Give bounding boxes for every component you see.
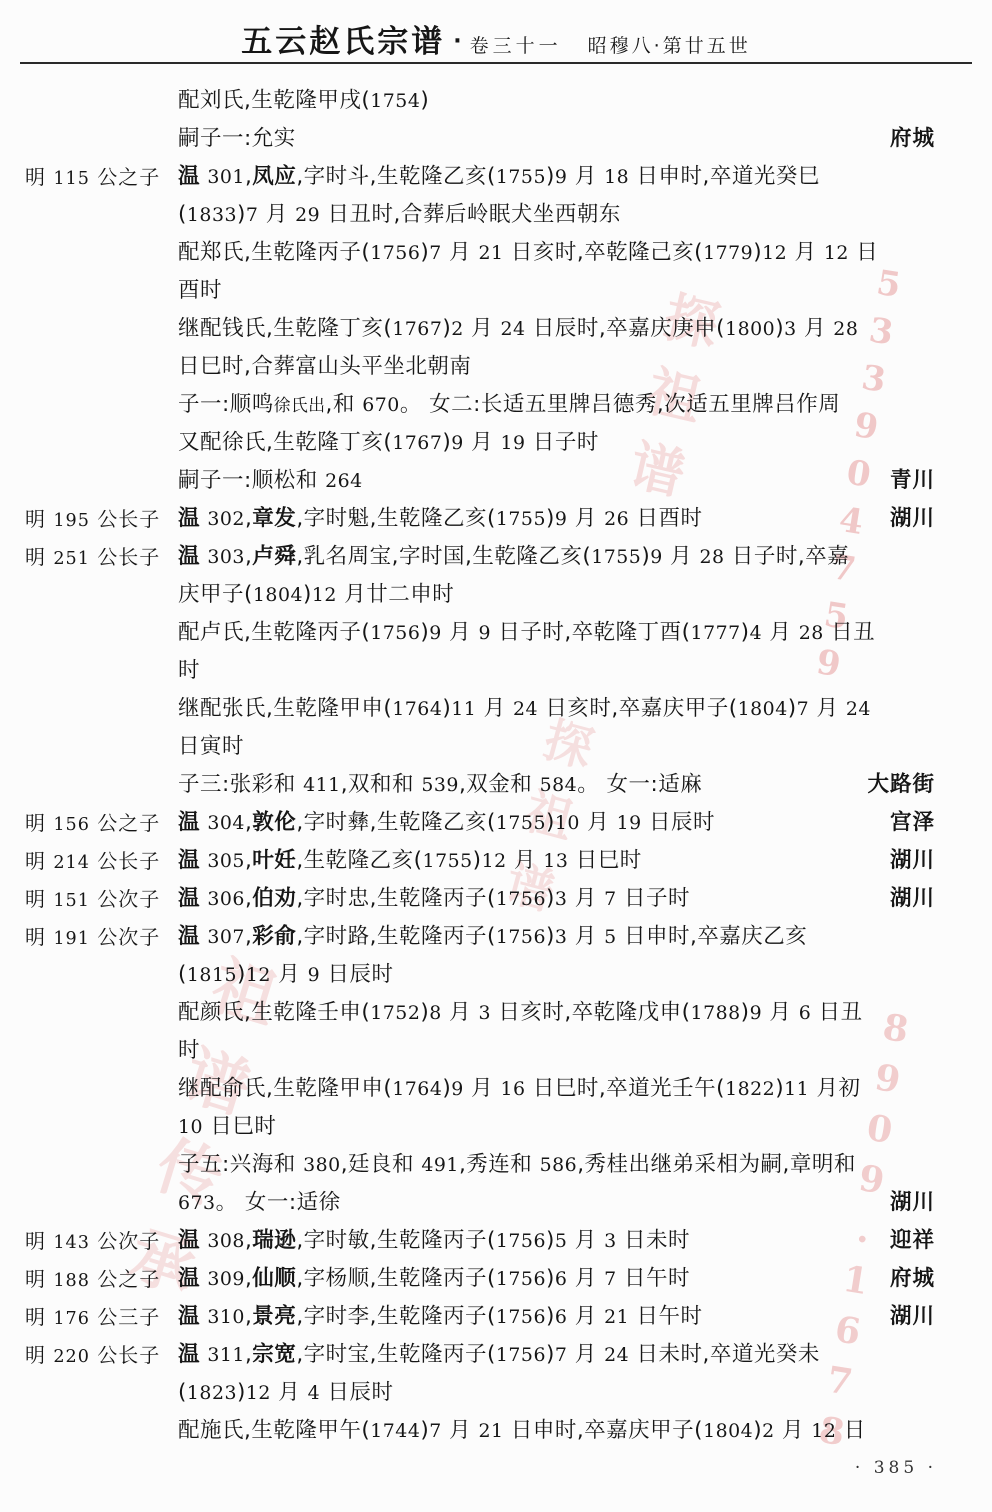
- numeral: 584: [540, 774, 578, 796]
- numeral: 7: [604, 888, 617, 910]
- entry-segment: ,字时李,生乾隆丙子(1756)6 月 21 日午时: [296, 1304, 702, 1329]
- entry-segment: 嗣子一:顺松和 264: [178, 468, 363, 493]
- numeral: 264: [325, 470, 363, 492]
- numeral: 176: [53, 1309, 90, 1329]
- numeral: 3: [555, 926, 568, 948]
- entry-text: 子一:顺鸣徐氏出,和 670。 女二:长适五里牌吕德秀,次适五里牌吕作周: [178, 386, 992, 424]
- generation-ref-label: 明 191 公次子: [0, 918, 178, 956]
- numeral: 6: [555, 1268, 568, 1290]
- entry-segment: 庆甲子(1804)12 月廿二申时: [178, 582, 454, 607]
- numeral: 24: [604, 1344, 629, 1366]
- numeral: 12: [811, 1420, 836, 1442]
- entry-segment: ,字时宝,生乾隆丙子(1756)7 月 24 日未时,卒道光癸未: [296, 1342, 820, 1367]
- generation-ref-label: 明 214 公长子: [0, 842, 178, 880]
- genealogy-line: 明 176 公三子温 310,景亮,字时李,生乾隆丙子(1756)6 月 21 …: [0, 1298, 992, 1336]
- numeral: 309: [207, 1268, 245, 1290]
- entry-text: 温 311,宗宽,字时宝,生乾隆丙子(1756)7 月 24 日未时,卒道光癸未: [178, 1336, 992, 1374]
- numeral: 5: [555, 1230, 568, 1252]
- genealogy-line: 明 191 公次子温 307,彩俞,字时路,生乾隆丙子(1756)3 月 5 日…: [0, 918, 992, 956]
- genealogy-line: 配刘氏,生乾隆甲戌(1754): [0, 82, 992, 120]
- numeral: 1756: [496, 1230, 546, 1252]
- genealogy-line: 子五:兴海和 380,廷良和 491,秀连和 586,秀桂出继弟采相为嗣,章明和: [0, 1146, 992, 1184]
- numeral: 7: [429, 242, 442, 264]
- entry-text: 嗣子一:顺松和 264: [178, 462, 992, 500]
- generation-ref-label: [0, 1412, 178, 1450]
- numeral: 1752: [370, 1002, 420, 1024]
- genealogy-line: (1823)12 月 4 日辰时: [0, 1374, 992, 1412]
- numeral: 19: [617, 812, 642, 834]
- numeral: 1756: [370, 622, 420, 644]
- numeral: 3: [784, 318, 797, 340]
- person-name: 伯劝: [252, 886, 296, 911]
- genealogy-line: 明 195 公长子温 302,章发,字时魁,生乾隆乙亥(1755)9 月 26 …: [0, 500, 992, 538]
- genealogy-line: 日寅时: [0, 728, 992, 766]
- numeral: 7: [246, 204, 259, 226]
- numeral: 1756: [496, 1344, 546, 1366]
- entry-segment: 305,: [200, 848, 252, 873]
- numeral: 1755: [496, 508, 546, 530]
- numeral: 1779: [703, 242, 753, 264]
- residence-place: 湖川: [890, 1184, 935, 1222]
- entry-segment: 日寅时: [178, 734, 244, 759]
- numeral: 1767: [392, 318, 442, 340]
- generation-ref-label: [0, 234, 178, 272]
- numeral: 9: [650, 546, 663, 568]
- numeral: 12: [482, 850, 507, 872]
- numeral: 143: [53, 1233, 90, 1253]
- numeral: 310: [207, 1306, 245, 1328]
- numeral: 115: [53, 169, 90, 189]
- generation-ref-label: [0, 386, 178, 424]
- numeral: 7: [555, 1344, 568, 1366]
- generation-ref-label: 明 156 公之子: [0, 804, 178, 842]
- entry-text: 又配徐氏,生乾隆丁亥(1767)9 月 19 日子时: [178, 424, 992, 462]
- genealogy-line: (1815)12 月 9 日辰时: [0, 956, 992, 994]
- numeral: 24: [513, 698, 538, 720]
- entry-text: 配刘氏,生乾隆甲戌(1754): [178, 82, 992, 120]
- generation-ref-label: 明 188 公之子: [0, 1260, 178, 1298]
- numeral: 21: [604, 1306, 629, 1328]
- entry-text: (1833)7 月 29 日丑时,合葬后岭眠犬坐西朝东: [178, 196, 992, 234]
- entry-segment: 673。 女一:适徐: [178, 1190, 341, 1215]
- entry-segment: 子五:兴海和 380,廷良和 491,秀连和 586,秀桂出继弟采相为嗣,章明和: [178, 1152, 856, 1177]
- entry-text: 时: [178, 652, 992, 690]
- person-name: 温: [178, 1266, 200, 1291]
- generation-ref-label: [0, 348, 178, 386]
- person-name: 温: [178, 924, 200, 949]
- person-name: 宗宽: [252, 1342, 296, 1367]
- residence-place: 府城: [890, 1260, 935, 1298]
- genealogy-line: 时: [0, 1032, 992, 1070]
- entry-text: 温 307,彩俞,字时路,生乾隆丙子(1756)3 月 5 日申时,卒嘉庆乙亥: [178, 918, 992, 956]
- numeral: 12: [762, 242, 787, 264]
- residence-place: 湖川: [890, 500, 935, 538]
- entry-text: 温 304,敦伦,字时彝,生乾隆乙亥(1755)10 月 19 日辰时: [178, 804, 992, 842]
- numeral: 1756: [496, 1306, 546, 1328]
- residence-place: 大路街: [867, 766, 935, 804]
- person-name: 温: [178, 506, 200, 531]
- generation-ref-label: [0, 1070, 178, 1108]
- entry-segment: (1833)7 月 29 日丑时,合葬后岭眠犬坐西朝东: [178, 202, 621, 227]
- person-name: 章发: [252, 506, 296, 531]
- genealogy-line: 配卢氏,生乾隆丙子(1756)9 月 9 日子时,卒乾隆丁酉(1777)4 月 …: [0, 614, 992, 652]
- entry-segment: 徐氏出: [274, 395, 326, 415]
- genealogy-line: 配施氏,生乾隆甲午(1744)7 月 21 日申时,卒嘉庆甲子(1804)2 月…: [0, 1412, 992, 1450]
- numeral: 1764: [392, 698, 442, 720]
- numeral: 1755: [496, 166, 546, 188]
- entry-segment: 配刘氏,生乾隆甲戌(1754): [178, 88, 429, 113]
- numeral: 9: [429, 622, 442, 644]
- numeral: 11: [784, 1078, 809, 1100]
- entry-segment: 302,: [200, 506, 252, 531]
- entry-text: 酉时: [178, 272, 992, 310]
- genealogy-line: 明 156 公之子温 304,敦伦,字时彝,生乾隆乙亥(1755)10 月 19…: [0, 804, 992, 842]
- genealogy-line: 明 214 公长子温 305,叶妊,生乾隆乙亥(1755)12 月 13 日巳时…: [0, 842, 992, 880]
- generation-ref-label: [0, 652, 178, 690]
- numeral: 411: [303, 774, 341, 796]
- numeral: 28: [699, 546, 724, 568]
- numeral: 305: [207, 850, 245, 872]
- entry-segment: ,字时彝,生乾隆乙亥(1755)10 月 19 日辰时: [296, 810, 715, 835]
- entry-segment: 继配张氏,生乾隆甲申(1764)11 月 24 日亥时,卒嘉庆甲子(1804)7…: [178, 696, 871, 721]
- residence-place: 湖川: [890, 842, 935, 880]
- genealogy-line: 嗣子一:顺松和 264青川: [0, 462, 992, 500]
- entry-segment: ,生乾隆乙亥(1755)12 月 13 日巳时: [296, 848, 641, 873]
- generation-ref-label: [0, 1146, 178, 1184]
- numeral: 7: [797, 698, 810, 720]
- numeral: 302: [207, 508, 245, 530]
- person-name: 叶妊: [252, 848, 296, 873]
- entry-text: 673。 女一:适徐: [178, 1184, 992, 1222]
- entry-segment: 308,: [200, 1228, 252, 1253]
- person-name: 温: [178, 164, 200, 189]
- person-name: 温: [178, 848, 200, 873]
- title-separator-dot: ·: [453, 29, 461, 54]
- generation-ref-label: 明 176 公三子: [0, 1298, 178, 1336]
- entry-text: 庆甲子(1804)12 月廿二申时: [178, 576, 992, 614]
- numeral: 1764: [392, 1078, 442, 1100]
- numeral: 3: [604, 1230, 617, 1252]
- entry-segment: 309,: [200, 1266, 252, 1291]
- entry-text: 温 306,伯劝,字时忠,生乾隆丙子(1756)3 月 7 日子时: [178, 880, 992, 918]
- person-name: 景亮: [252, 1304, 296, 1329]
- numeral: 1800: [725, 318, 775, 340]
- numeral: 1755: [496, 812, 546, 834]
- residence-place: 湖川: [890, 880, 935, 918]
- numeral: 21: [478, 242, 503, 264]
- numeral: 10: [555, 812, 580, 834]
- entry-text: (1823)12 月 4 日辰时: [178, 1374, 992, 1412]
- numeral: 9: [451, 1078, 464, 1100]
- numeral: 214: [53, 853, 90, 873]
- genealogy-line: 嗣子一:允实府城: [0, 120, 992, 158]
- numeral: 188: [53, 1271, 90, 1291]
- numeral: 1767: [392, 432, 442, 454]
- numeral: 220: [53, 1347, 90, 1367]
- numeral: 301: [207, 166, 245, 188]
- residence-place: 湖川: [890, 1298, 935, 1336]
- page-number: · 385 ·: [855, 1458, 937, 1478]
- numeral: 9: [555, 166, 568, 188]
- numeral: 306: [207, 888, 245, 910]
- generation-ref-label: [0, 956, 178, 994]
- entry-segment: 时: [178, 658, 200, 683]
- numeral: 9: [750, 1002, 763, 1024]
- entry-segment: ,字时斗,生乾隆乙亥(1755)9 月 18 日申时,卒道光癸巳: [296, 164, 820, 189]
- residence-place: 迎祥: [890, 1222, 935, 1260]
- numeral: 2: [762, 1420, 775, 1442]
- entry-text: 温 308,瑞逊,字时敏,生乾隆丙子(1756)5 月 3 日未时: [178, 1222, 992, 1260]
- page-header: 五云赵氏宗谱·卷三十一昭穆八·第廿五世: [0, 16, 992, 61]
- numeral: 12: [246, 1382, 271, 1404]
- genealogy-line: 庆甲子(1804)12 月廿二申时: [0, 576, 992, 614]
- numeral: 380: [303, 1154, 341, 1176]
- numeral: 1823: [187, 1382, 237, 1404]
- generation-ref-label: [0, 1184, 178, 1222]
- residence-place: 青川: [890, 462, 935, 500]
- header-rule-divider: [20, 62, 972, 64]
- entry-segment: ,和 670。 女二:长适五里牌吕德秀,次适五里牌吕作周: [326, 392, 841, 417]
- generation-ref-label: [0, 120, 178, 158]
- generation-ref-label: 明 251 公长子: [0, 538, 178, 576]
- person-name: 仙顺: [252, 1266, 296, 1291]
- person-name: 温: [178, 1228, 200, 1253]
- numeral: 7: [429, 1420, 442, 1442]
- numeral: 1815: [187, 964, 237, 986]
- numeral: 4: [308, 1382, 321, 1404]
- numeral: 1804: [738, 698, 788, 720]
- genealogy-line: 配颜氏,生乾隆壬申(1752)8 月 3 日亥时,卒乾隆戊申(1788)9 月 …: [0, 994, 992, 1032]
- genealogy-line: 继配钱氏,生乾隆丁亥(1767)2 月 24 日辰时,卒嘉庆庚申(1800)3 …: [0, 310, 992, 348]
- generation-ref-label: 明 195 公长子: [0, 500, 178, 538]
- generation-ref-label: [0, 196, 178, 234]
- entry-text: 温 310,景亮,字时李,生乾隆丙子(1756)6 月 21 日午时: [178, 1298, 992, 1336]
- genealogy-line: 配郑氏,生乾隆丙子(1756)7 月 21 日亥时,卒乾隆己亥(1779)12 …: [0, 234, 992, 272]
- numeral: 1804: [253, 584, 303, 606]
- entry-text: 继配钱氏,生乾隆丁亥(1767)2 月 24 日辰时,卒嘉庆庚申(1800)3 …: [178, 310, 992, 348]
- numeral: 5: [604, 926, 617, 948]
- entry-text: 配卢氏,生乾隆丙子(1756)9 月 9 日子时,卒乾隆丁酉(1777)4 月 …: [178, 614, 992, 652]
- numeral: 156: [53, 815, 90, 835]
- generation-ref-label: [0, 82, 178, 120]
- entry-text: 时: [178, 1032, 992, 1070]
- numeral: 195: [53, 511, 90, 531]
- generation-ref-label: [0, 576, 178, 614]
- residence-place: 宫泽: [890, 804, 935, 842]
- numeral: 1755: [423, 850, 473, 872]
- entry-segment: 303,: [200, 544, 252, 569]
- person-name: 温: [178, 544, 200, 569]
- genealogy-line: 酉时: [0, 272, 992, 310]
- entry-segment: 又配徐氏,生乾隆丁亥(1767)9 月 19 日子时: [178, 430, 599, 455]
- entry-text: 继配张氏,生乾隆甲申(1764)11 月 24 日亥时,卒嘉庆甲子(1804)7…: [178, 690, 992, 728]
- generation-ref-label: 明 220 公长子: [0, 1336, 178, 1374]
- entry-segment: ,字时路,生乾隆丙子(1756)3 月 5 日申时,卒嘉庆乙亥: [296, 924, 807, 949]
- genealogy-line: 时: [0, 652, 992, 690]
- numeral: 10: [178, 1116, 203, 1138]
- generation-ref-label: [0, 1374, 178, 1412]
- generation-ref-label: [0, 614, 178, 652]
- numeral: 11: [451, 698, 476, 720]
- numeral: 26: [604, 508, 629, 530]
- numeral: 670: [362, 394, 400, 416]
- entry-text: 温 303,卢舜,乳名周宝,字时国,生乾隆乙亥(1755)9 月 28 日子时,…: [178, 538, 992, 576]
- numeral: 28: [799, 622, 824, 644]
- genealogy-line: 日巳时,合葬富山头平坐北朝南: [0, 348, 992, 386]
- numeral: 1756: [496, 1268, 546, 1290]
- numeral: 9: [451, 432, 464, 454]
- genealogy-line: 明 220 公长子温 311,宗宽,字时宝,生乾隆丙子(1756)7 月 24 …: [0, 1336, 992, 1374]
- numeral: 307: [207, 926, 245, 948]
- numeral: 16: [500, 1078, 525, 1100]
- numeral: 12: [824, 242, 849, 264]
- person-name: 温: [178, 810, 200, 835]
- person-name: 凤应: [252, 164, 296, 189]
- numeral: 1755: [591, 546, 641, 568]
- entry-text: 继配俞氏,生乾隆甲申(1764)9 月 16 日巳时,卒道光壬午(1822)11…: [178, 1070, 992, 1108]
- numeral: 9: [555, 508, 568, 530]
- numeral: 9: [308, 964, 321, 986]
- numeral: 21: [478, 1420, 503, 1442]
- genealogy-line: 明 188 公之子温 309,仙顺,字杨顺,生乾隆丙子(1756)6 月 7 日…: [0, 1260, 992, 1298]
- entry-segment: ,乳名周宝,字时国,生乾隆乙亥(1755)9 月 28 日子时,卒嘉: [296, 544, 849, 569]
- generation-ref-label: [0, 1108, 178, 1146]
- genealogy-line: 明 115 公之子温 301,凤应,字时斗,生乾隆乙亥(1755)9 月 18 …: [0, 158, 992, 196]
- entry-segment: 嗣子一:允实: [178, 126, 296, 151]
- numeral: 1756: [496, 926, 546, 948]
- numeral: 251: [53, 549, 90, 569]
- entry-text: 配颜氏,生乾隆壬申(1752)8 月 3 日亥时,卒乾隆戊申(1788)9 月 …: [178, 994, 992, 1032]
- generation-ref-label: [0, 690, 178, 728]
- entry-segment: 日巳时,合葬富山头平坐北朝南: [178, 354, 471, 379]
- numeral: 3: [555, 888, 568, 910]
- entry-text: 10 日巳时: [178, 1108, 992, 1146]
- person-name: 温: [178, 1342, 200, 1367]
- entry-text: 温 302,章发,字时魁,生乾隆乙亥(1755)9 月 26 日酉时: [178, 500, 992, 538]
- section-label: 昭穆八·第廿五世: [588, 35, 751, 57]
- entry-segment: 继配俞氏,生乾隆甲申(1764)9 月 16 日巳时,卒道光壬午(1822)11…: [178, 1076, 861, 1101]
- numeral: 24: [500, 318, 525, 340]
- person-name: 彩俞: [252, 924, 296, 949]
- numeral: 491: [421, 1154, 459, 1176]
- numeral: 6: [799, 1002, 812, 1024]
- numeral: 9: [478, 622, 491, 644]
- generation-ref-label: [0, 994, 178, 1032]
- person-name: 温: [178, 1304, 200, 1329]
- generation-ref-label: [0, 1032, 178, 1070]
- numeral: 1804: [703, 1420, 753, 1442]
- entry-segment: ,字时敏,生乾隆丙子(1756)5 月 3 日未时: [296, 1228, 690, 1253]
- numeral: 1788: [691, 1002, 741, 1024]
- entry-text: 子五:兴海和 380,廷良和 491,秀连和 586,秀桂出继弟采相为嗣,章明和: [178, 1146, 992, 1184]
- numeral: 1833: [187, 204, 237, 226]
- entry-text: 日寅时: [178, 728, 992, 766]
- genealogy-line: 继配俞氏,生乾隆甲申(1764)9 月 16 日巳时,卒道光壬午(1822)11…: [0, 1070, 992, 1108]
- numeral: 8: [429, 1002, 442, 1024]
- person-name: 敦伦: [252, 810, 296, 835]
- numeral: 1777: [691, 622, 741, 644]
- numeral: 12: [312, 584, 337, 606]
- numeral: 3: [478, 1002, 491, 1024]
- genealogy-line: 10 日巳时: [0, 1108, 992, 1146]
- genealogy-entries: 配刘氏,生乾隆甲戌(1754)嗣子一:允实府城明 115 公之子温 301,凤应…: [0, 82, 992, 1450]
- entry-text: 嗣子一:允实: [178, 120, 992, 158]
- generation-ref-label: [0, 424, 178, 462]
- numeral: 311: [207, 1344, 245, 1366]
- entry-segment: ,字时忠,生乾隆丙子(1756)3 月 7 日子时: [296, 886, 690, 911]
- volume-label: 卷三十一: [470, 35, 562, 57]
- person-name: 卢舜: [252, 544, 296, 569]
- person-name: 温: [178, 886, 200, 911]
- genealogy-line: 明 143 公次子温 308,瑞逊,字时敏,生乾隆丙子(1756)5 月 3 日…: [0, 1222, 992, 1260]
- entry-segment: (1815)12 月 9 日辰时: [178, 962, 394, 987]
- entry-text: 温 309,仙顺,字杨顺,生乾隆丙子(1756)6 月 7 日午时: [178, 1260, 992, 1298]
- entry-segment: 酉时: [178, 278, 222, 303]
- entry-segment: 307,: [200, 924, 252, 949]
- entry-segment: ,字时魁,生乾隆乙亥(1755)9 月 26 日酉时: [296, 506, 702, 531]
- numeral: 191: [53, 929, 90, 949]
- numeral: 1754: [370, 90, 420, 112]
- numeral: 12: [246, 964, 271, 986]
- genealogy-title: 五云赵氏宗谱: [241, 24, 445, 60]
- entry-segment: 配郑氏,生乾隆丙子(1756)7 月 21 日亥时,卒乾隆己亥(1779)12 …: [178, 240, 878, 265]
- residence-place: 府城: [890, 120, 935, 158]
- generation-ref-label: 明 151 公次子: [0, 880, 178, 918]
- entry-text: 配施氏,生乾隆甲午(1744)7 月 21 日申时,卒嘉庆甲子(1804)2 月…: [178, 1412, 992, 1450]
- numeral: 539: [421, 774, 459, 796]
- generation-ref-label: 明 143 公次子: [0, 1222, 178, 1260]
- genealogy-line: 子一:顺鸣徐氏出,和 670。 女二:长适五里牌吕德秀,次适五里牌吕作周: [0, 386, 992, 424]
- generation-ref-label: 明 115 公之子: [0, 158, 178, 196]
- numeral: 18: [604, 166, 629, 188]
- numeral: 7: [604, 1268, 617, 1290]
- numeral: 1756: [370, 242, 420, 264]
- genealogy-line: (1833)7 月 29 日丑时,合葬后岭眠犬坐西朝东: [0, 196, 992, 234]
- entry-segment: 继配钱氏,生乾隆丁亥(1767)2 月 24 日辰时,卒嘉庆庚申(1800)3 …: [178, 316, 858, 341]
- numeral: 586: [540, 1154, 578, 1176]
- entry-text: 配郑氏,生乾隆丙子(1756)7 月 21 日亥时,卒乾隆己亥(1779)12 …: [178, 234, 992, 272]
- numeral: 28: [833, 318, 858, 340]
- numeral: 673: [178, 1192, 216, 1214]
- numeral: 13: [543, 850, 568, 872]
- entry-segment: 311,: [200, 1342, 252, 1367]
- genealogy-line: 子三:张彩和 411,双和和 539,双金和 584。 女一:适麻大路街: [0, 766, 992, 804]
- entry-segment: 子三:张彩和 411,双和和 539,双金和 584。 女一:适麻: [178, 772, 702, 797]
- numeral: 303: [207, 546, 245, 568]
- generation-ref-label: [0, 728, 178, 766]
- genealogy-line: 继配张氏,生乾隆甲申(1764)11 月 24 日亥时,卒嘉庆甲子(1804)7…: [0, 690, 992, 728]
- entry-segment: 配卢氏,生乾隆丙子(1756)9 月 9 日子时,卒乾隆丁酉(1777)4 月 …: [178, 620, 875, 645]
- numeral: 1822: [725, 1078, 775, 1100]
- entry-segment: 10 日巳时: [178, 1114, 276, 1139]
- entry-text: 温 305,叶妊,生乾隆乙亥(1755)12 月 13 日巳时: [178, 842, 992, 880]
- numeral: 6: [555, 1306, 568, 1328]
- numeral: 29: [295, 204, 320, 226]
- entry-segment: 304,: [200, 810, 252, 835]
- entry-segment: 配颜氏,生乾隆壬申(1752)8 月 3 日亥时,卒乾隆戊申(1788)9 月 …: [178, 1000, 863, 1025]
- numeral: 2: [451, 318, 464, 340]
- generation-ref-label: [0, 462, 178, 500]
- entry-text: 日巳时,合葬富山头平坐北朝南: [178, 348, 992, 386]
- entry-segment: 子一:顺鸣: [178, 392, 274, 417]
- numeral: 19: [500, 432, 525, 454]
- genealogy-line: 明 251 公长子温 303,卢舜,乳名周宝,字时国,生乾隆乙亥(1755)9 …: [0, 538, 992, 576]
- genealogy-line: 明 151 公次子温 306,伯劝,字时忠,生乾隆丙子(1756)3 月 7 日…: [0, 880, 992, 918]
- entry-text: (1815)12 月 9 日辰时: [178, 956, 992, 994]
- entry-segment: (1823)12 月 4 日辰时: [178, 1380, 394, 1405]
- genealogy-line: 又配徐氏,生乾隆丁亥(1767)9 月 19 日子时: [0, 424, 992, 462]
- numeral: 151: [53, 891, 90, 911]
